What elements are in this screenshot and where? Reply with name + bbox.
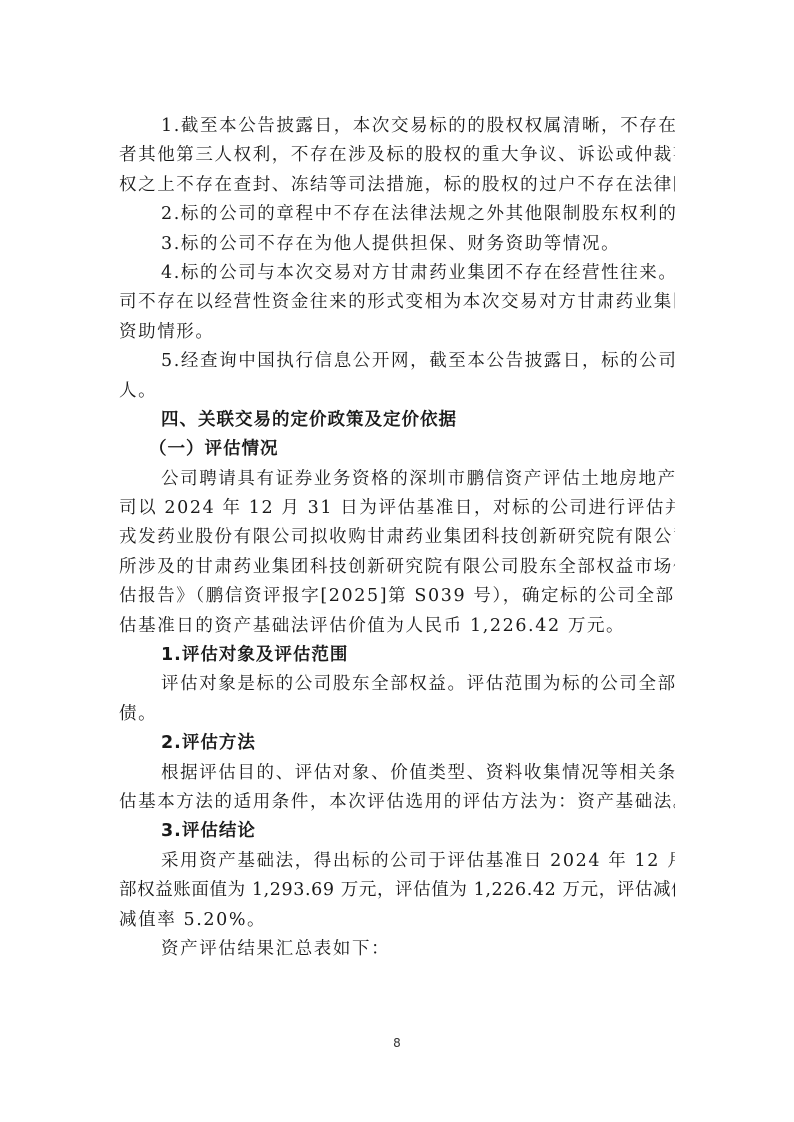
text-line: 者其他第三人权利，不存在涉及标的股权的重大争议、诉讼或仲裁事项，标的股 (119, 141, 675, 170)
text-line: 公司聘请具有证券业务资格的深圳市鹏信资产评估土地房地产估价有限公 (119, 465, 675, 494)
text-line: 戎发药业股份有限公司拟收购甘肃药业集团科技创新研究院有限公司部分股权 (119, 523, 675, 552)
paragraph-dishonest-debtor-check: 5.经查询中国执行信息公开网，截至本公告披露日，标的公司非失信被执行 人。 (119, 347, 675, 406)
paragraph-operating-transactions: 4.标的公司与本次交易对方甘肃药业集团不存在经营性往来。交易完成后公 司不存在以… (119, 259, 675, 347)
text-line: 部权益账面值为 1,293.69 万元，评估值为 1,226.42 万元，评估减… (119, 876, 675, 905)
heading-evaluation-conclusion: 3.评估结论 (119, 817, 675, 846)
text-line: 采用资产基础法，得出标的公司于评估基准日 2024 年 12 月 31 日的股东… (119, 847, 675, 876)
text-line: 债。 (119, 700, 675, 729)
paragraph-articles-of-association: 2.标的公司的章程中不存在法律法规之外其他限制股东权利的条款。 (119, 200, 675, 229)
text-line: 5.经查询中国执行信息公开网，截至本公告披露日，标的公司非失信被执行 (119, 347, 675, 376)
text-line: 资助情形。 (119, 318, 675, 347)
text-line: 1.截至本公告披露日，本次交易标的的股权权属清晰，不存在抵押、质押或 (119, 112, 675, 141)
heading-evaluation-method: 2.评估方法 (119, 729, 675, 758)
paragraph-summary-table-intro: 资产评估结果汇总表如下： (119, 935, 675, 964)
text-line: 司不存在以经营性资金往来的形式变相为本次交易对方甘肃药业集团提供财务 (119, 288, 675, 317)
text-line: 人。 (119, 377, 675, 406)
paragraph-evaluation-scope: 评估对象是标的公司股东全部权益。评估范围为标的公司全部资产及相关负 债。 (119, 670, 675, 729)
heading-text: 2.评估方法 (119, 729, 675, 758)
text-line: 4.标的公司与本次交易对方甘肃药业集团不存在经营性往来。交易完成后公 (119, 259, 675, 288)
paragraph-guarantees: 3.标的公司不存在为他人提供担保、财务资助等情况。 (119, 230, 675, 259)
paragraph-equity-ownership: 1.截至本公告披露日，本次交易标的的股权权属清晰，不存在抵押、质押或 者其他第三… (119, 112, 675, 200)
paragraph-evaluation-method: 根据评估目的、评估对象、价值类型、资料收集情况等相关条件以及三种评 估基本方法的… (119, 759, 675, 818)
section-heading-pricing-policy: 四、关联交易的定价政策及定价依据 (119, 406, 675, 435)
text-line: 估基准日的资产基础法评估价值为人民币 1,226.42 万元。 (119, 612, 675, 641)
heading-text: （一）评估情况 (119, 435, 675, 464)
text-line: 3.标的公司不存在为他人提供担保、财务资助等情况。 (119, 230, 675, 259)
text-line: 权之上不存在查封、冻结等司法措施，标的股权的过户不存在法律障碍。 (119, 171, 675, 200)
text-line: 2.标的公司的章程中不存在法律法规之外其他限制股东权利的条款。 (119, 200, 675, 229)
text-line: 估报告》（鹏信资评报字[2025]第 S039 号），确定标的公司全部股东权益于… (119, 582, 675, 611)
text-line: 减值率 5.20%。 (119, 906, 675, 935)
subsection-heading-evaluation: （一）评估情况 (119, 435, 675, 464)
document-body: 1.截至本公告披露日，本次交易标的的股权权属清晰，不存在抵押、质押或 者其他第三… (119, 112, 675, 964)
heading-text: 3.评估结论 (119, 817, 675, 846)
paragraph-evaluation-report: 公司聘请具有证券业务资格的深圳市鹏信资产评估土地房地产估价有限公 司以 2024… (119, 465, 675, 641)
text-line: 估基本方法的适用条件，本次评估选用的评估方法为：资产基础法。 (119, 788, 675, 817)
text-line: 评估对象是标的公司股东全部权益。评估范围为标的公司全部资产及相关负 (119, 670, 675, 699)
heading-evaluation-scope: 1.评估对象及评估范围 (119, 641, 675, 670)
heading-text: 1.评估对象及评估范围 (119, 641, 675, 670)
text-line: 司以 2024 年 12 月 31 日为评估基准日，对标的公司进行评估并出具《甘… (119, 494, 675, 523)
text-line: 资产评估结果汇总表如下： (119, 935, 675, 964)
text-line: 所涉及的甘肃药业集团科技创新研究院有限公司股东全部权益市场价值资产评 (119, 553, 675, 582)
paragraph-evaluation-conclusion: 采用资产基础法，得出标的公司于评估基准日 2024 年 12 月 31 日的股东… (119, 847, 675, 935)
text-line: 根据评估目的、评估对象、价值类型、资料收集情况等相关条件以及三种评 (119, 759, 675, 788)
page-number: 8 (0, 1036, 794, 1050)
heading-text: 四、关联交易的定价政策及定价依据 (119, 406, 675, 435)
